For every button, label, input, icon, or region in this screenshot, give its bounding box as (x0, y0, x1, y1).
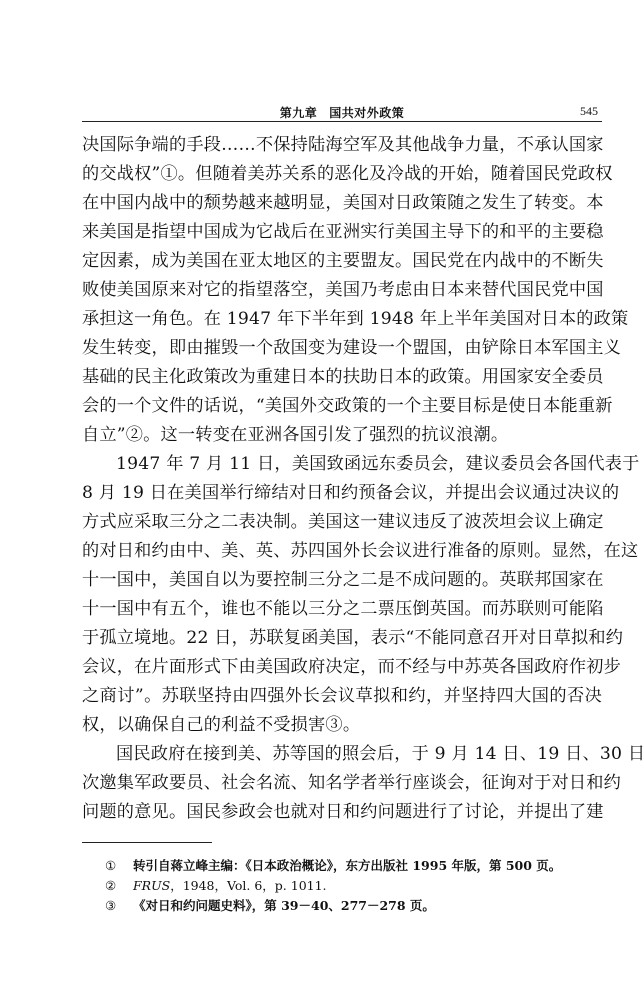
body-text: 决国际争端的手段……不保持陆海空军及其他战争力量，不承认国家的交战权”①。但随着… (82, 131, 602, 827)
text-line: 8 月 19 日在美国举行缔结对日和约预备会议，并提出会议通过决议的 (82, 479, 602, 508)
text-line: 承担这一角色。在 1947 年下半年到 1948 年上半年美国对日本的政策 (82, 305, 602, 334)
text-line: 于孤立境地。22 日，苏联复函美国，表示“不能同意召开对日草拟和约 (82, 624, 602, 653)
footnote-marker: ③ (105, 896, 133, 916)
text-line: 基础的民主化政策改为重建日本的扶助日本的政策。用国家安全委员 (82, 363, 602, 392)
footnote-marker: ① (105, 856, 133, 876)
text-line: 的交战权”①。但随着美苏关系的恶化及冷战的开始，随着国民党政权 (82, 160, 602, 189)
text-line: 会的一个文件的话说，“美国外交政策的一个主要目标是使日本能重新 (82, 392, 602, 421)
text-line: 问题的意见。国民参政会也就对日和约问题进行了讨论，并提出了建 (82, 798, 602, 827)
footnote-2: ②FRUS，1948，Vol. 6，p. 1011. (105, 876, 605, 896)
chapter-title: 国共对外政策 (329, 106, 404, 120)
footnote-text: 《对日和约问题史料》，第 39－40、277－278 页。 (133, 898, 435, 913)
text-line: 1947 年 7 月 11 日，美国致函远东委员会，建议委员会各国代表于 (82, 450, 602, 479)
text-line: 国民政府在接到美、苏等国的照会后，于 9 月 14 日、19 日、30 日三 (82, 740, 602, 769)
chapter-number: 第九章 (280, 106, 318, 120)
footnote-source-italic: FRUS (133, 878, 170, 893)
text-line: 决国际争端的手段……不保持陆海空军及其他战争力量，不承认国家 (82, 131, 602, 160)
footnotes: ①转引自蒋立峰主编：《日本政治概论》，东方出版社 1995 年版，第 500 页… (105, 856, 605, 916)
page-number: 545 (580, 104, 598, 119)
footnote-marker: ② (105, 876, 133, 896)
text-line: 方式应采取三分之二表决制。美国这一建议违反了波茨坦会议上确定 (82, 508, 602, 537)
footnote-text: ，1948，Vol. 6，p. 1011. (170, 878, 326, 893)
text-line: 权，以确保自己的利益不受损害③。 (82, 711, 602, 740)
text-line: 定因素，成为美国在亚太地区的主要盟友。国民党在内战中的不断失 (82, 247, 602, 276)
text-line: 在中国内战中的颓势越来越明显，美国对日政策随之发生了转变。本 (82, 189, 602, 218)
footnote-rule (82, 842, 212, 843)
text-line: 十一国中，美国自以为要控制三分之二是不成问题的。英联邦国家在 (82, 566, 602, 595)
text-line: 败使美国原来对它的指望落空，美国乃考虑由日本来替代国民党中国 (82, 276, 602, 305)
running-title: 第九章国共对外政策 (82, 104, 602, 121)
header-rule (82, 121, 602, 122)
text-line: 自立”②。这一转变在亚洲各国引发了强烈的抗议浪潮。 (82, 421, 602, 450)
running-head: 第九章国共对外政策 545 (82, 104, 602, 120)
text-line: 发生转变，即由摧毁一个敌国变为建设一个盟国，由铲除日本军国主义 (82, 334, 602, 363)
footnote-3: ③《对日和约问题史料》，第 39－40、277－278 页。 (105, 896, 605, 916)
text-line: 之商讨”。苏联坚持由四强外长会议草拟和约，并坚持四大国的否决 (82, 682, 602, 711)
text-line: 的对日和约由中、美、英、苏四国外长会议进行准备的原则。显然，在这 (82, 537, 602, 566)
text-line: 来美国是指望中国成为它战后在亚洲实行美国主导下的和平的主要稳 (82, 218, 602, 247)
text-line: 会议，在片面形式下由美国政府决定，而不经与中苏英各国政府作初步 (82, 653, 602, 682)
footnote-1: ①转引自蒋立峰主编：《日本政治概论》，东方出版社 1995 年版，第 500 页… (105, 856, 605, 876)
text-line: 十一国中有五个，谁也不能以三分之二票压倒英国。而苏联则可能陷 (82, 595, 602, 624)
footnote-text: 转引自蒋立峰主编：《日本政治概论》，东方出版社 1995 年版，第 500 页。 (133, 858, 561, 873)
text-line: 次邀集军政要员、社会名流、知名学者举行座谈会，征询对于对日和约 (82, 769, 602, 798)
